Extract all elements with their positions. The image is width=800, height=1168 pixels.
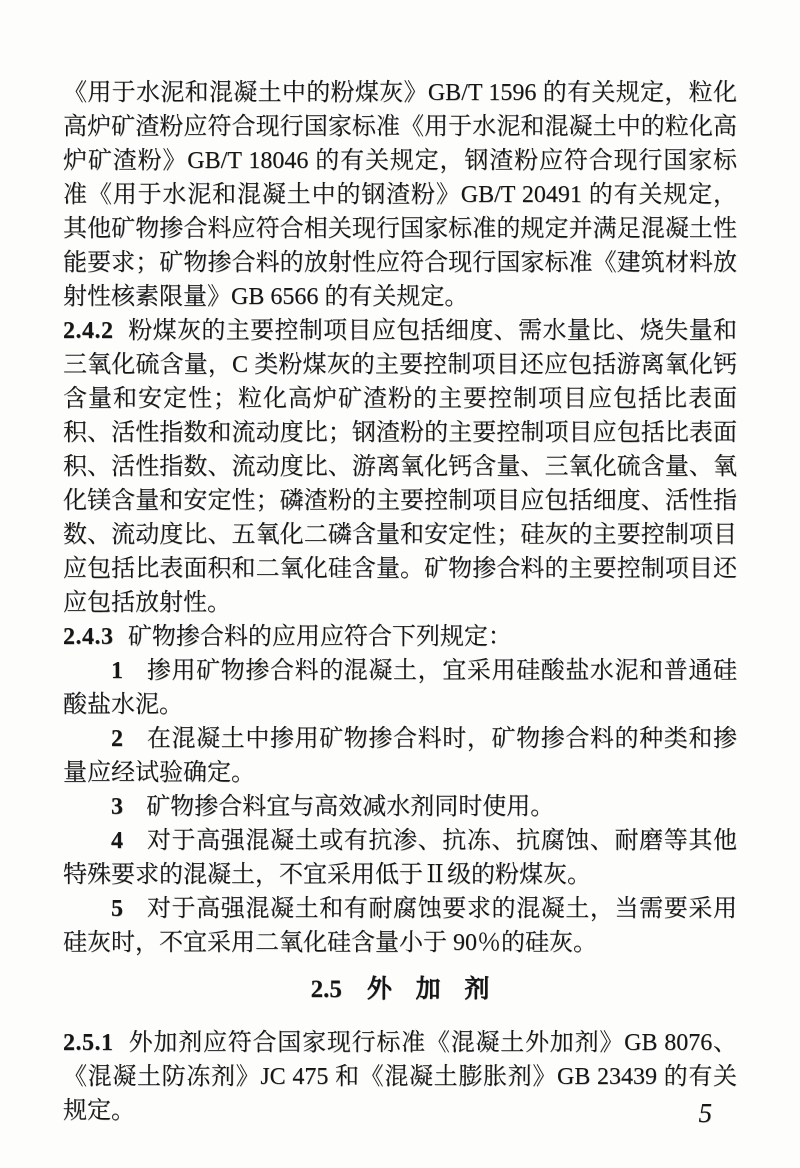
item-text: 矿物掺合料宜与高效减水剂同时使用。 bbox=[146, 794, 554, 820]
clause-number: 2.4.3 bbox=[63, 624, 128, 650]
item-number: 1 bbox=[111, 658, 146, 684]
section-number: 2.5 bbox=[311, 976, 342, 1003]
paragraph: 2.4.3矿物掺合料的应用应符合下列规定： bbox=[63, 620, 737, 654]
paragraph-text: 《用于水泥和混凝土中的粉煤灰》GB/T 1596 的有关规定，粒化高炉矿渣粉应符… bbox=[63, 80, 737, 310]
list-item: 1掺用矿物掺合料的混凝土，宜采用硅酸盐水泥和普通硅酸盐水泥。 bbox=[63, 654, 737, 722]
clause-number: 2.4.2 bbox=[63, 318, 128, 344]
item-number: 2 bbox=[111, 726, 146, 752]
page-number: 5 bbox=[699, 1098, 713, 1128]
list-item: 5对于高强混凝土和有耐腐蚀要求的混凝土，当需要采用硅灰时，不宜采用二氧化硅含量小… bbox=[63, 892, 737, 960]
item-text: 对于高强混凝土或有抗渗、抗冻、抗腐蚀、耐磨等其他特殊要求的混凝土，不宜采用低于Ⅱ… bbox=[63, 828, 737, 888]
page-content: 《用于水泥和混凝土中的粉煤灰》GB/T 1596 的有关规定，粒化高炉矿渣粉应符… bbox=[63, 76, 737, 1128]
paragraph-text: 粉煤灰的主要控制项目应包括细度、需水量比、烧失量和三氧化硫含量，C 类粉煤灰的主… bbox=[63, 318, 737, 616]
item-number: 3 bbox=[111, 794, 146, 820]
list-item: 3矿物掺合料宜与高效减水剂同时使用。 bbox=[63, 790, 737, 824]
paragraph: 2.4.2粉煤灰的主要控制项目应包括细度、需水量比、烧失量和三氧化硫含量，C 类… bbox=[63, 314, 737, 620]
section-title: 外加剂 bbox=[367, 976, 513, 1003]
paragraph: 《用于水泥和混凝土中的粉煤灰》GB/T 1596 的有关规定，粒化高炉矿渣粉应符… bbox=[63, 76, 737, 314]
item-text: 掺用矿物掺合料的混凝土，宜采用硅酸盐水泥和普通硅酸盐水泥。 bbox=[63, 658, 737, 718]
item-number: 5 bbox=[111, 896, 146, 922]
paragraph: 2.5.1外加剂应符合国家现行标准《混凝土外加剂》GB 8076、《混凝土防冻剂… bbox=[63, 1026, 737, 1128]
document-page: 《用于水泥和混凝土中的粉煤灰》GB/T 1596 的有关规定，粒化高炉矿渣粉应符… bbox=[0, 0, 800, 1168]
list-item: 4对于高强混凝土或有抗渗、抗冻、抗腐蚀、耐磨等其他特殊要求的混凝土，不宜采用低于… bbox=[63, 824, 737, 892]
clause-number: 2.5.1 bbox=[63, 1030, 128, 1056]
item-text: 在混凝土中掺用矿物掺合料时，矿物掺合料的种类和掺量应经试验确定。 bbox=[63, 726, 737, 786]
list-item: 2在混凝土中掺用矿物掺合料时，矿物掺合料的种类和掺量应经试验确定。 bbox=[63, 722, 737, 790]
item-number: 4 bbox=[111, 828, 146, 854]
item-text: 对于高强混凝土和有耐腐蚀要求的混凝土，当需要采用硅灰时，不宜采用二氧化硅含量小于… bbox=[63, 896, 737, 956]
paragraph-text: 矿物掺合料的应用应符合下列规定： bbox=[128, 624, 512, 650]
paragraph-text: 外加剂应符合国家现行标准《混凝土外加剂》GB 8076、《混凝土防冻剂》JC 4… bbox=[63, 1030, 737, 1124]
section-heading: 2.5外加剂 bbox=[63, 973, 737, 1007]
